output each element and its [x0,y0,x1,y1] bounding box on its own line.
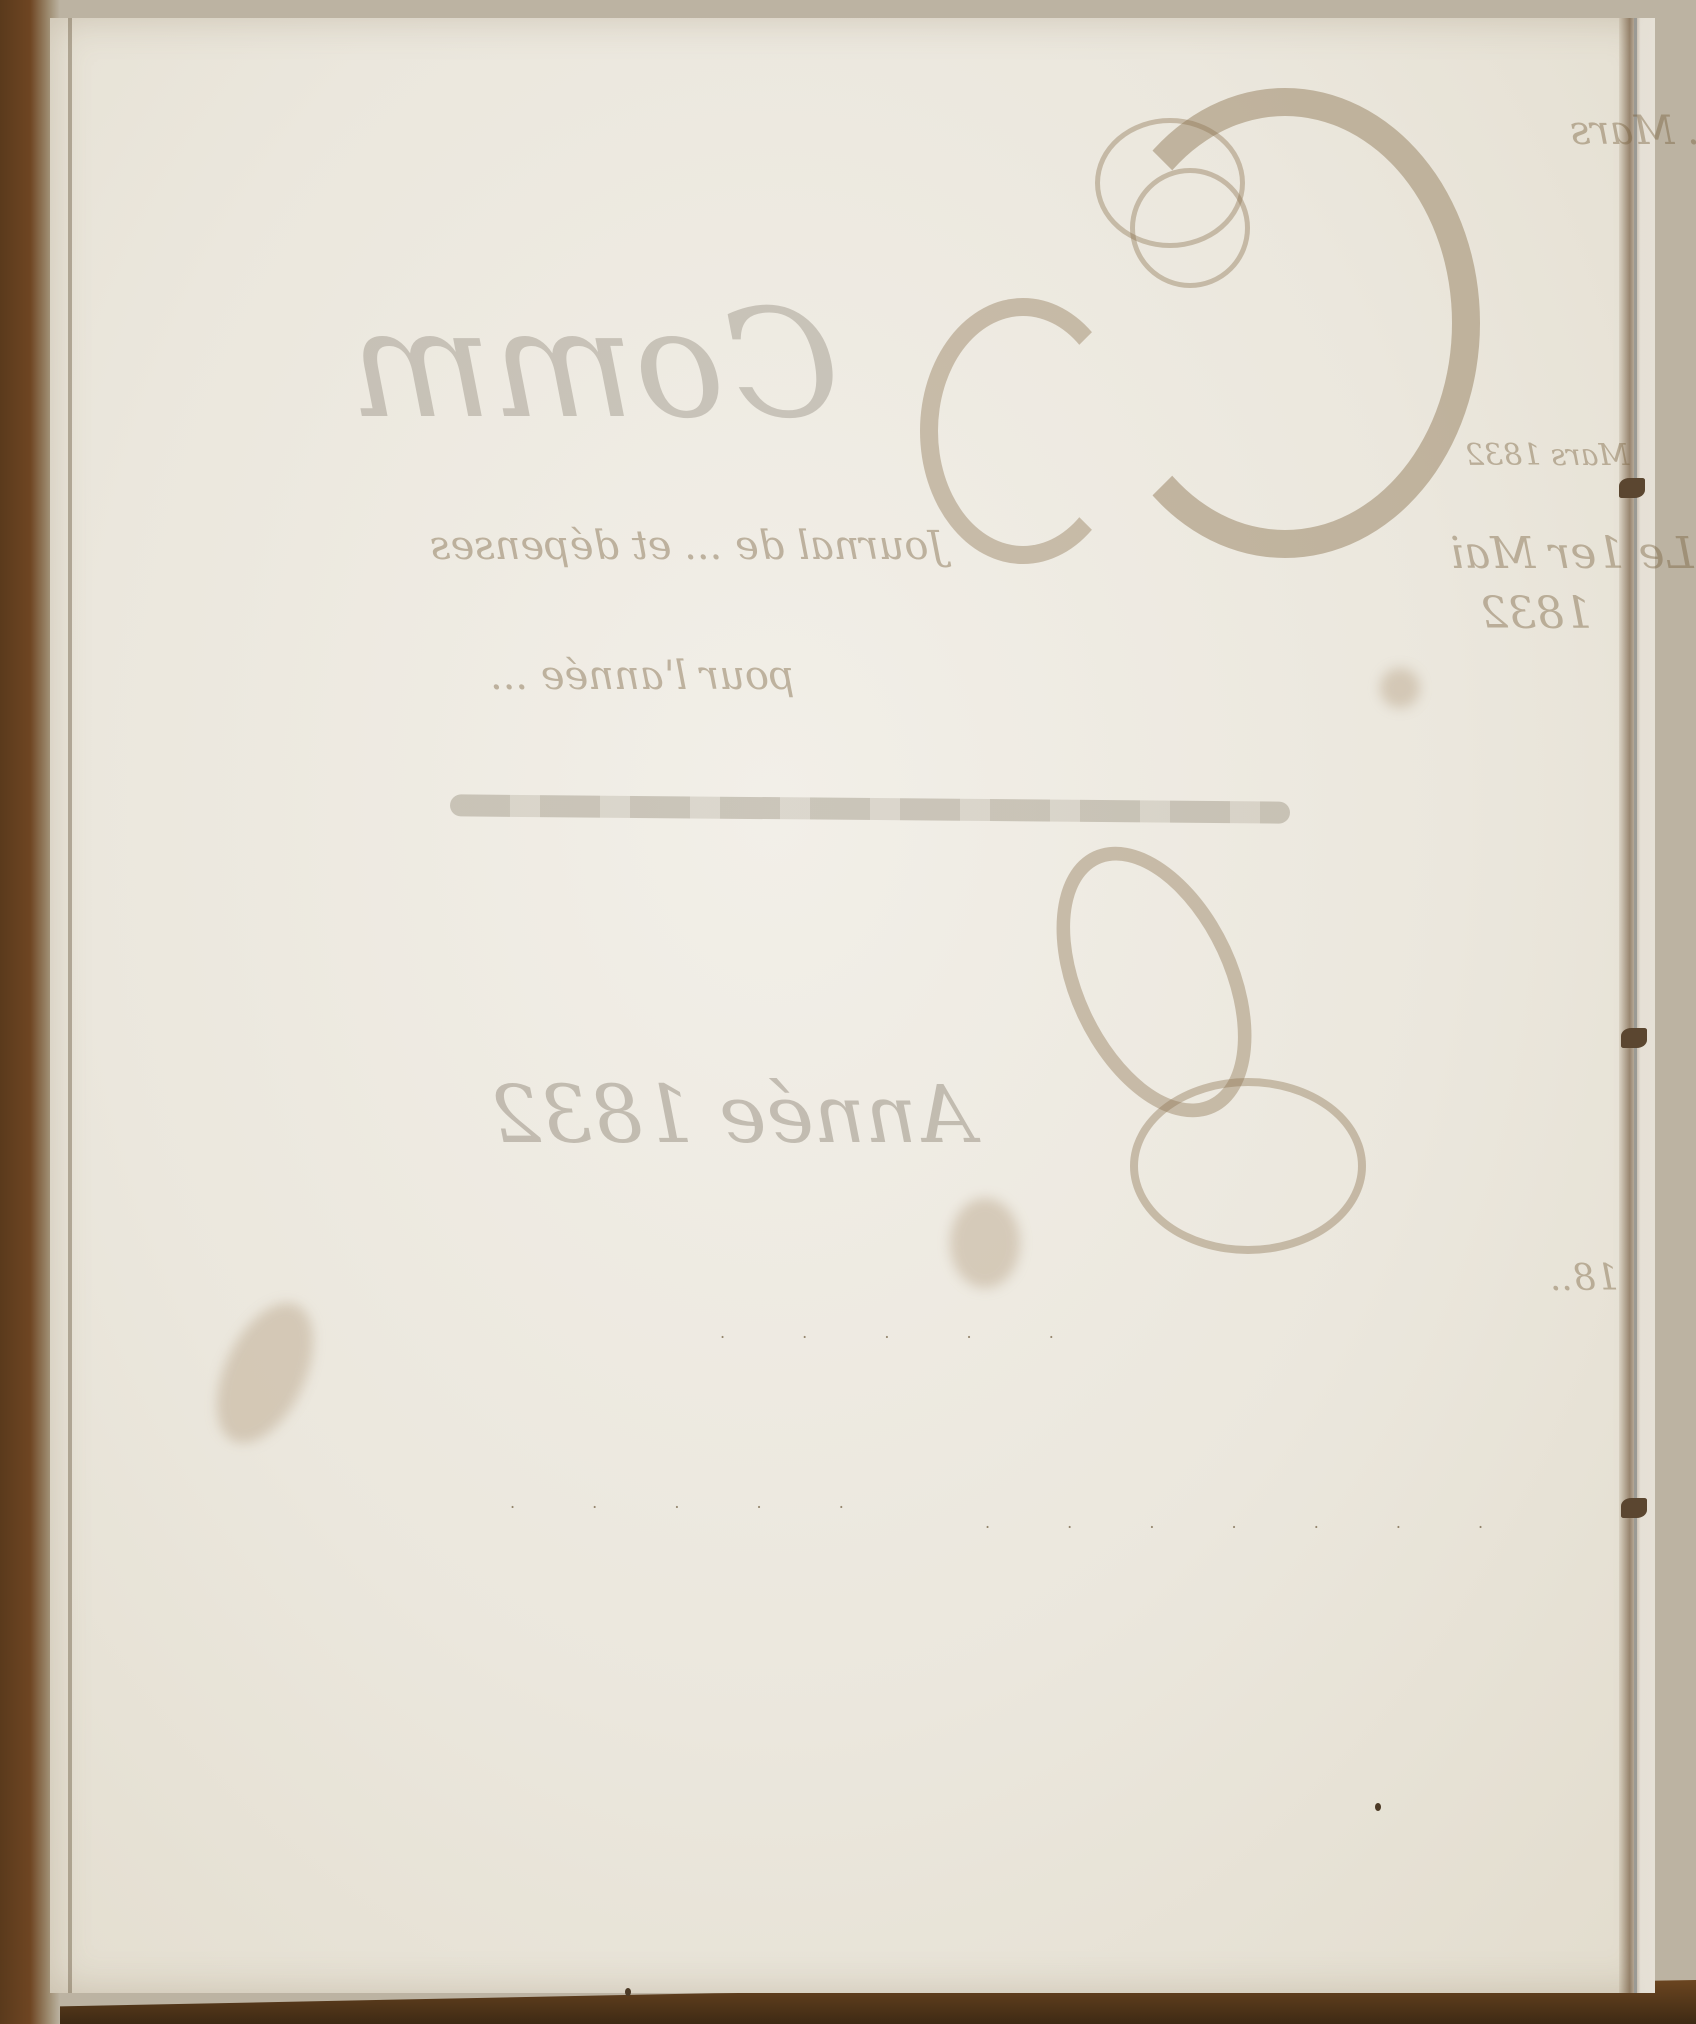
bleed-margin-top-note: Juillet ... Janv ... Mars [1570,108,1696,154]
bleed-margin-right-4: 18.. [1550,1258,1619,1299]
binding-spine-line [1634,18,1637,1993]
bleed-letter-o [920,298,1126,564]
bleed-subtitle-line-1: Journal de ... et dépenses [430,523,944,569]
bleed-flourish-loop [1130,1078,1366,1254]
manuscript-page: Juillet ... Janv ... Mars Comm Journal d… [50,18,1655,1993]
bleed-dotted-leader: . . . . . [510,1493,880,1512]
bleed-margin-right-3: 1832 [1480,588,1592,639]
bleed-dotted-leader: . . . . . . . [985,1513,1519,1532]
bleed-ornamental-rule [450,794,1290,823]
bleed-headline: Comm [350,278,840,452]
binding-stitch-mark [1621,1028,1647,1048]
water-stain [950,1198,1020,1288]
ink-speck [1375,1803,1381,1811]
ink-spot [1380,668,1420,708]
binding-spine [1619,18,1655,1993]
bleed-dotted-leader: . . . . . [720,1323,1090,1342]
ink-speck [625,1988,631,1996]
binding-stitch-mark [1619,478,1645,498]
bleed-year-line: Année 1832 [490,1068,975,1161]
bleed-margin-right-1: Mars 1832 [1465,438,1629,473]
water-stain [197,1288,333,1458]
bleed-margin-right-2: Le 1er Mai [1450,528,1694,579]
bleed-subtitle-line-2: pour l'année ... [490,653,795,699]
bleed-flourish-loop [1130,168,1250,288]
page-fold-line [68,18,72,1993]
binding-stitch-mark [1621,1498,1647,1518]
